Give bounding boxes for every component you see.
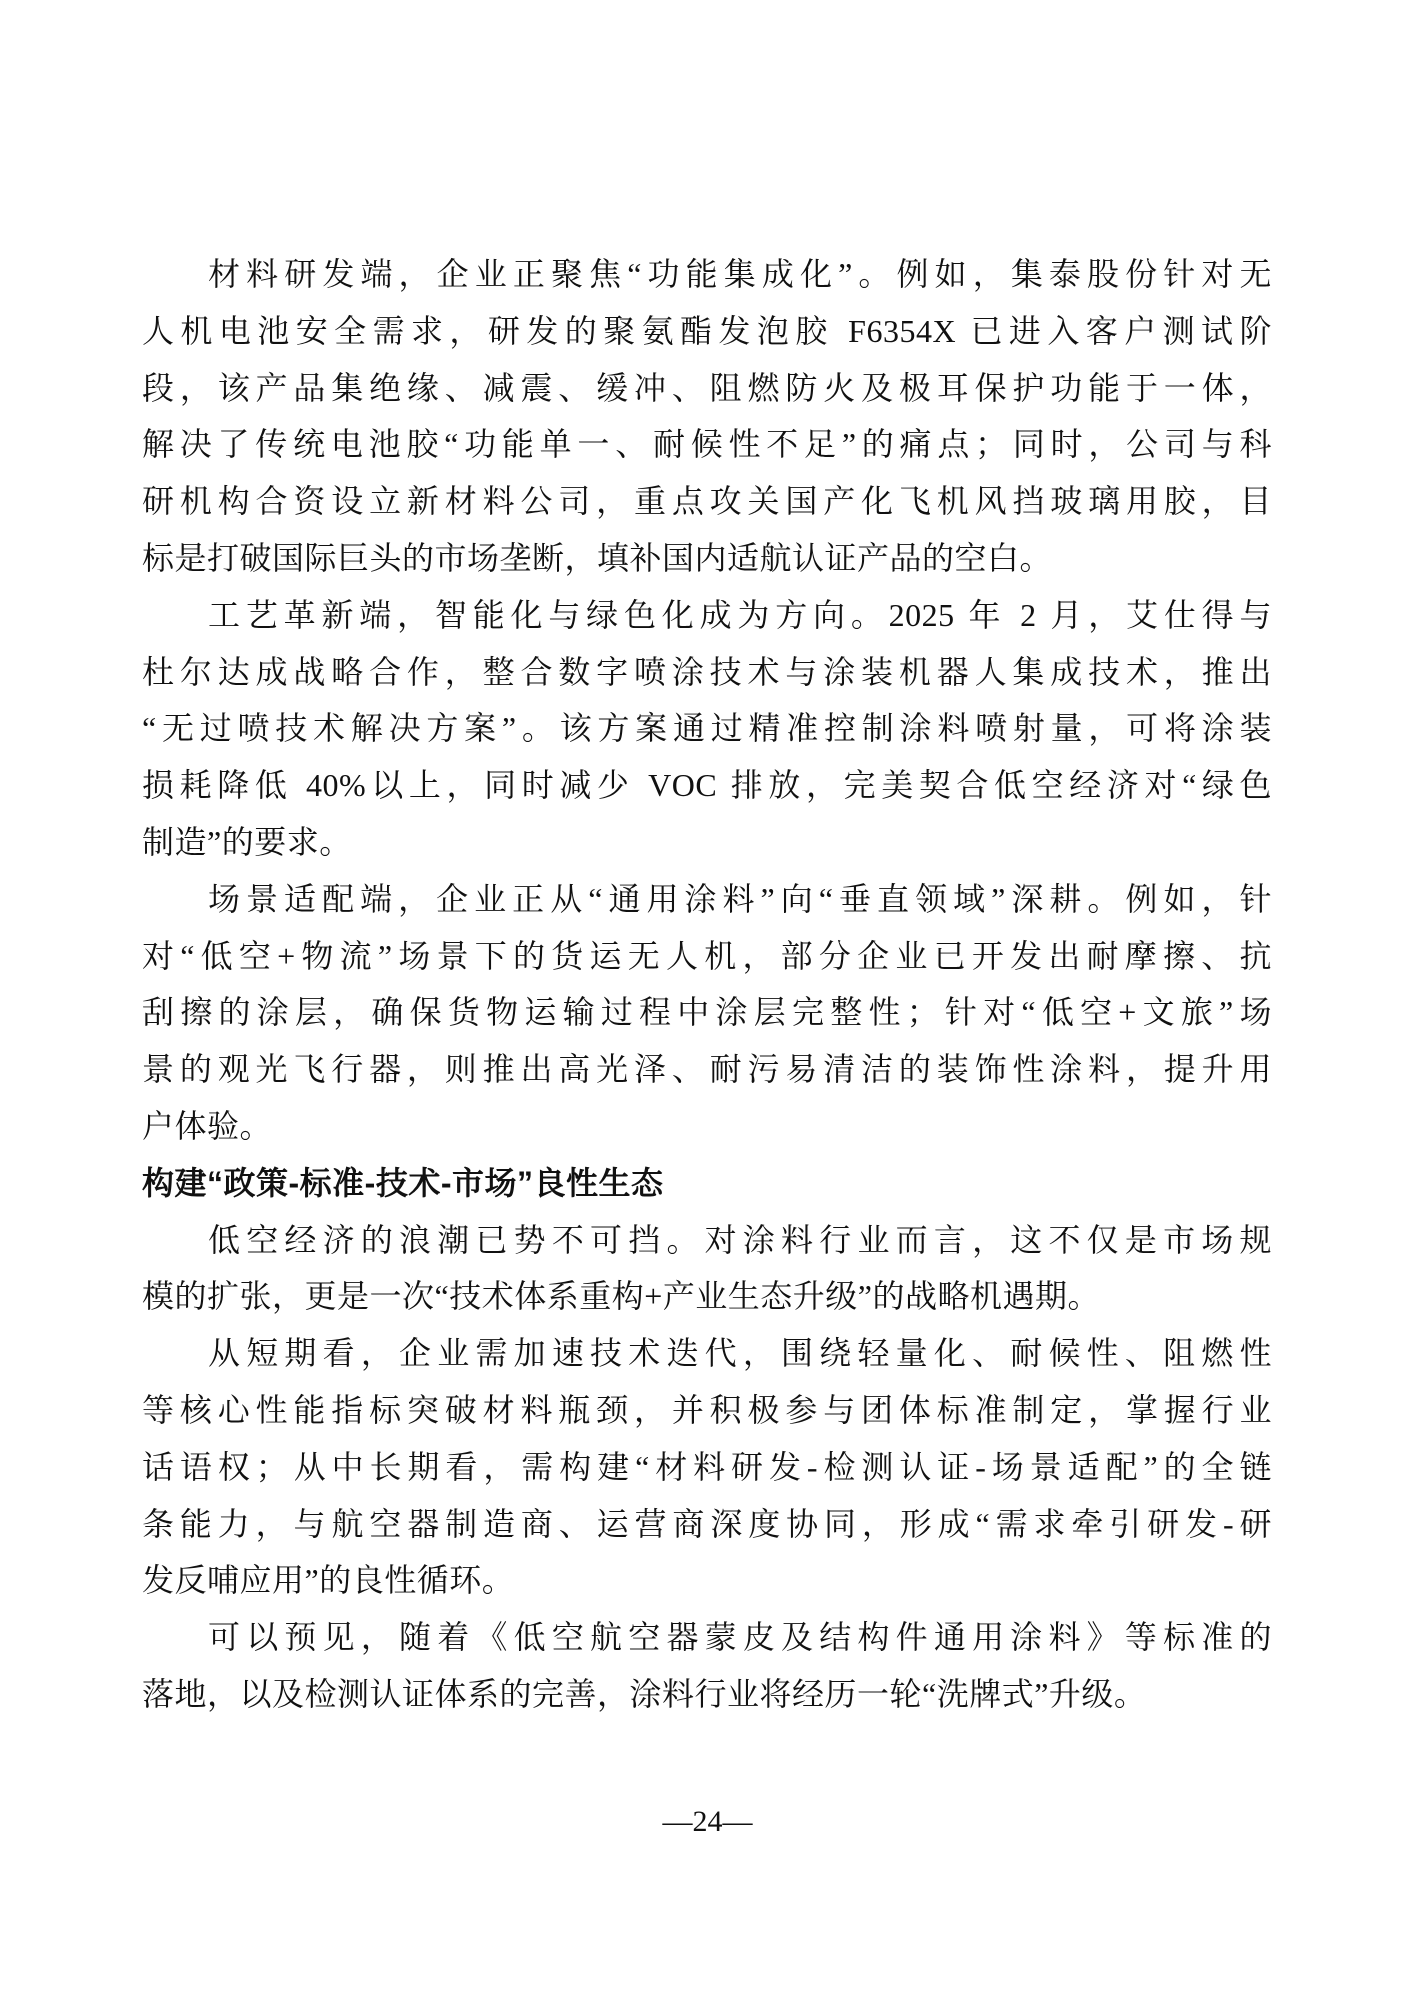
text-line: 标是打破国际巨头的市场垄断，填补国内适航认证产品的空白。 bbox=[142, 530, 1272, 587]
text-line: 发反哺应用”的良性循环。 bbox=[142, 1552, 1272, 1609]
page-number: —24— bbox=[0, 1800, 1415, 1844]
text-line: 可以预见，随着《低空航空器蒙皮及结构件通用涂料》等标准的 bbox=[142, 1609, 1272, 1666]
text-line: 模的扩张，更是一次“技术体系重构+产业生态升级”的战略机遇期。 bbox=[142, 1268, 1272, 1325]
text-line: 刮擦的涂层，确保货物运输过程中涂层完整性；针对“低空+文旅”场 bbox=[142, 984, 1272, 1041]
section-heading: 构建“政策-标准-技术-市场”良性生态 bbox=[142, 1155, 1272, 1212]
text-line: 条能力，与航空器制造商、运营商深度协同，形成“需求牵引研发-研 bbox=[142, 1496, 1272, 1553]
text-line: 人机电池安全需求，研发的聚氨酯发泡胶 F6354X 已进入客户测试阶 bbox=[142, 303, 1272, 360]
text-line: 杜尔达成战略合作，整合数字喷涂技术与涂装机器人集成技术，推出 bbox=[142, 644, 1272, 701]
text-line: 场景适配端，企业正从“通用涂料”向“垂直领域”深耕。例如，针 bbox=[142, 871, 1272, 928]
text-line: 解决了传统电池胶“功能单一、耐候性不足”的痛点；同时，公司与科 bbox=[142, 416, 1272, 473]
text-line: 制造”的要求。 bbox=[142, 814, 1272, 871]
text-line: “无过喷技术解决方案”。该方案通过精准控制涂料喷射量，可将涂装 bbox=[142, 700, 1272, 757]
text-line: 对“低空+物流”场景下的货运无人机，部分企业已开发出耐摩擦、抗 bbox=[142, 928, 1272, 985]
text-line: 户体验。 bbox=[142, 1098, 1272, 1155]
document-body: 材料研发端，企业正聚焦“功能集成化”。例如，集泰股份针对无人机电池安全需求，研发… bbox=[142, 246, 1272, 1723]
text-line: 研机构合资设立新材料公司，重点攻关国产化飞机风挡玻璃用胶，目 bbox=[142, 473, 1272, 530]
text-line: 工艺革新端，智能化与绿色化成为方向。2025 年 2 月，艾仕得与 bbox=[142, 587, 1272, 644]
text-line: 从短期看，企业需加速技术迭代，围绕轻量化、耐候性、阻燃性 bbox=[142, 1325, 1272, 1382]
text-line: 景的观光飞行器，则推出高光泽、耐污易清洁的装饰性涂料，提升用 bbox=[142, 1041, 1272, 1098]
document-page: 材料研发端，企业正聚焦“功能集成化”。例如，集泰股份针对无人机电池安全需求，研发… bbox=[0, 0, 1415, 2000]
text-line: 材料研发端，企业正聚焦“功能集成化”。例如，集泰股份针对无 bbox=[142, 246, 1272, 303]
text-line: 段，该产品集绝缘、减震、缓冲、阻燃防火及极耳保护功能于一体， bbox=[142, 360, 1272, 417]
text-line: 损耗降低 40%以上，同时减少 VOC 排放，完美契合低空经济对“绿色 bbox=[142, 757, 1272, 814]
text-line: 等核心性能指标突破材料瓶颈，并积极参与团体标准制定，掌握行业 bbox=[142, 1382, 1272, 1439]
text-line: 话语权；从中长期看，需构建“材料研发-检测认证-场景适配”的全链 bbox=[142, 1439, 1272, 1496]
text-line: 落地，以及检测认证体系的完善，涂料行业将经历一轮“洗牌式”升级。 bbox=[142, 1666, 1272, 1723]
text-line: 低空经济的浪潮已势不可挡。对涂料行业而言，这不仅是市场规 bbox=[142, 1212, 1272, 1269]
